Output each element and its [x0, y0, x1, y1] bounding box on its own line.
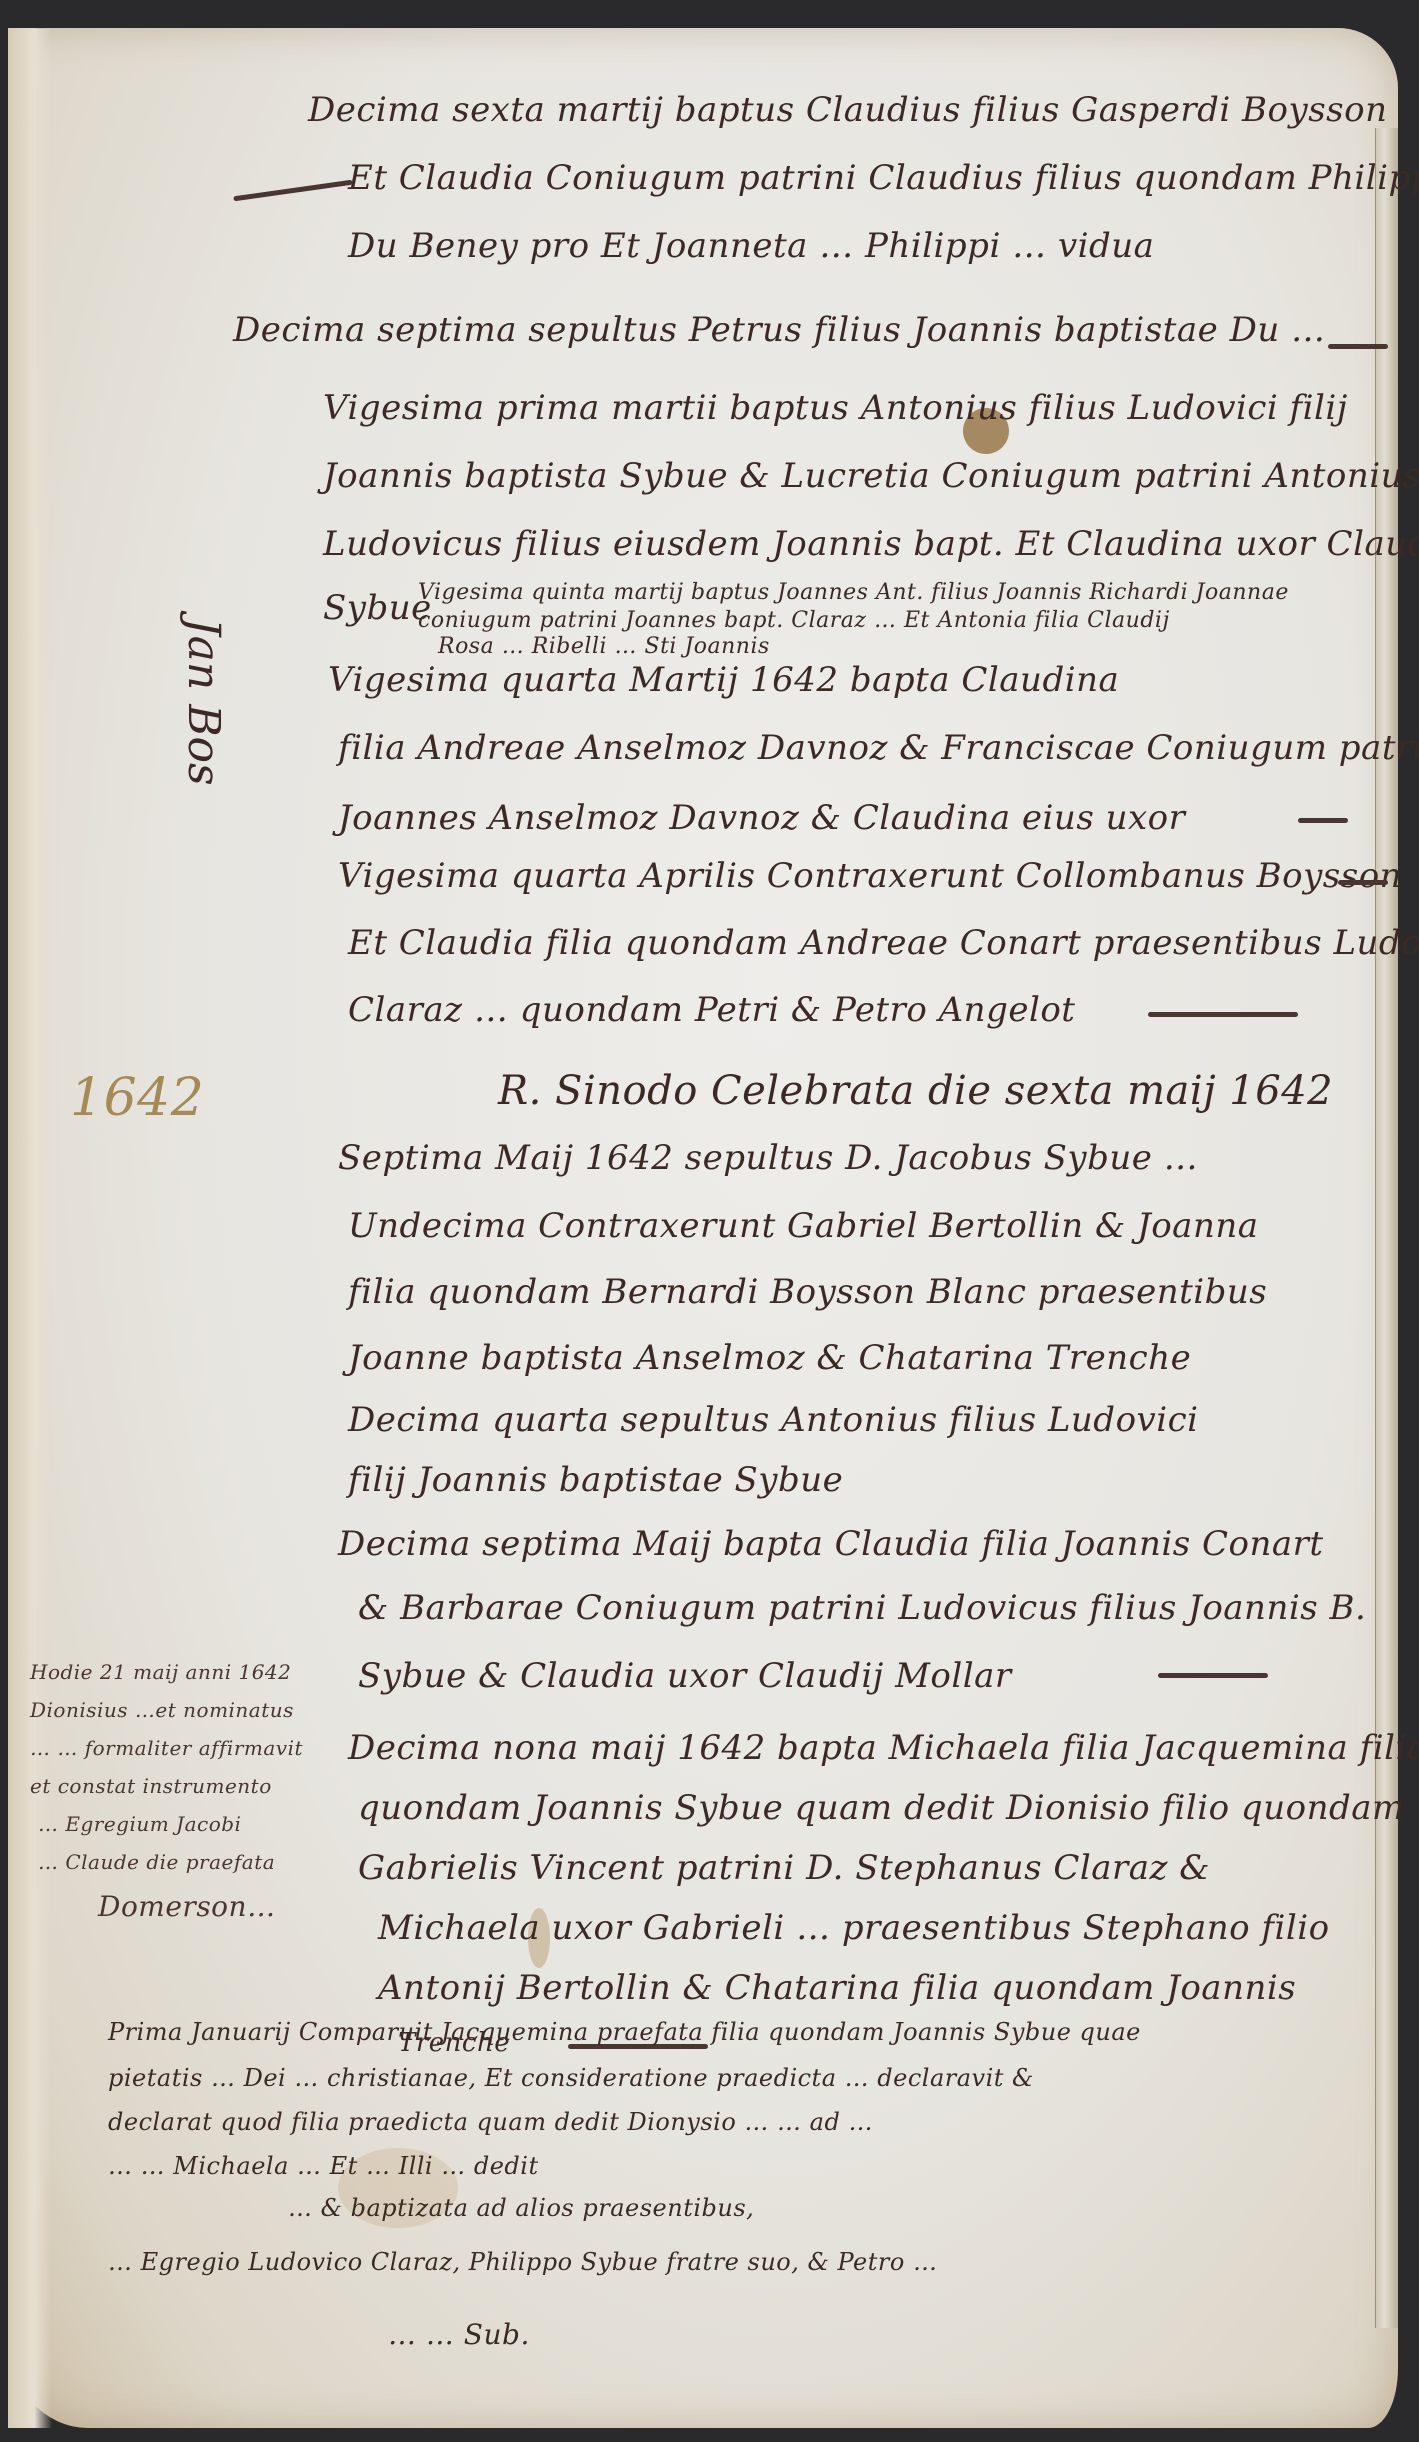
end-rule — [1328, 344, 1388, 349]
synod-heading: R. Sinodo Celebrata die sexta maij 1642 — [498, 1068, 1333, 1114]
margin-year: 1642 — [70, 1068, 204, 1128]
margin-vertical-name: Jan Bos — [178, 618, 229, 786]
end-rule — [1298, 818, 1348, 823]
end-rule — [1148, 1012, 1298, 1017]
register-page: Jan Bos 1642 Hodie 21 maij anni 1642 Dio… — [8, 28, 1398, 2428]
end-rule — [1338, 880, 1388, 885]
page-fold-edge — [8, 28, 52, 2428]
end-rule — [1158, 1673, 1268, 1678]
flourish-rule — [233, 180, 353, 202]
